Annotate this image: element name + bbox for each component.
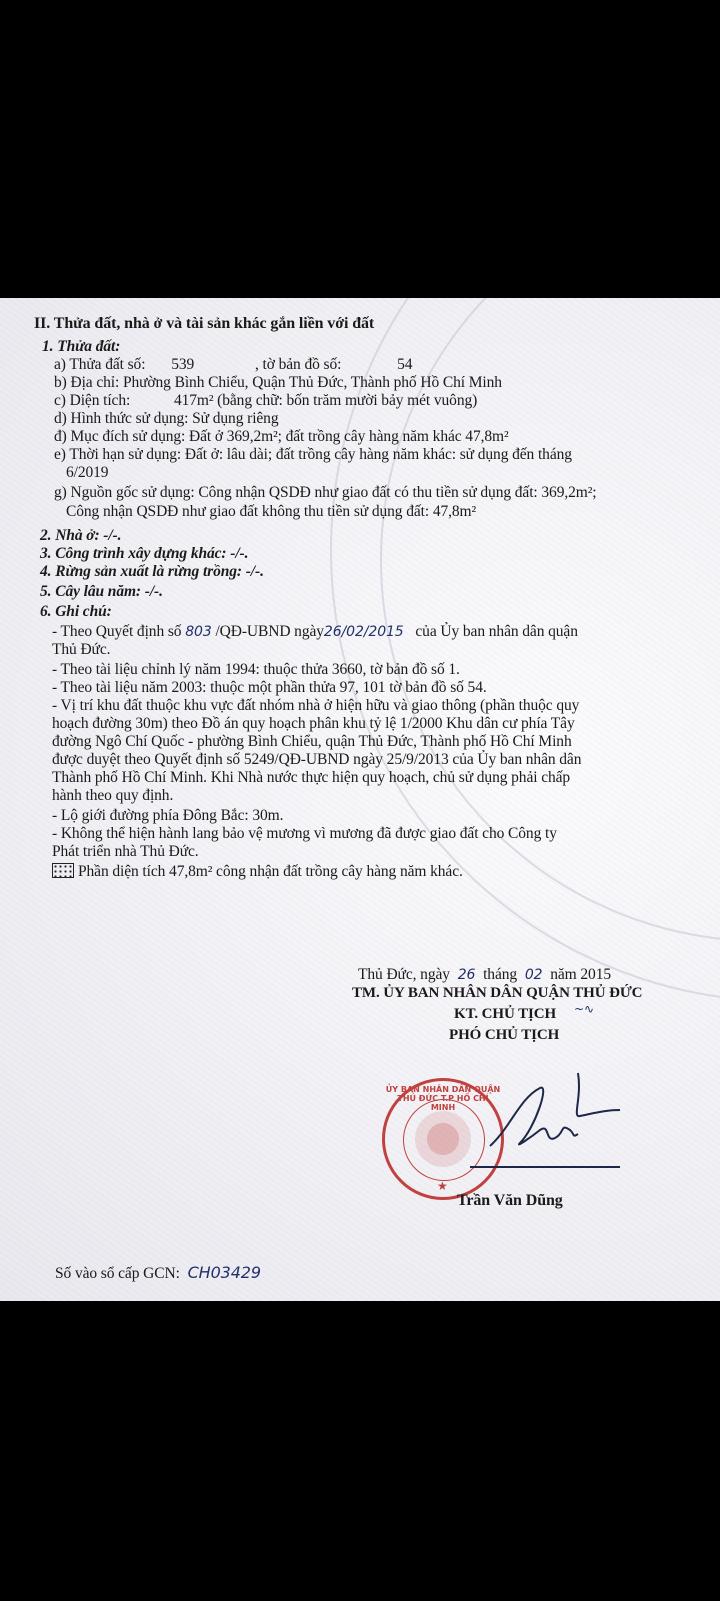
- usage-origin-row-cont: Công nhận QSDĐ như giao đất không thu ti…: [66, 502, 476, 521]
- note-planning-line: - Vị trí khu đất thuộc khu vực đất nhóm …: [52, 696, 579, 715]
- signing-date: Thủ Đức, ngày 26 tháng 02 năm 2015: [358, 965, 611, 985]
- notes-heading: 6. Ghi chú:: [40, 602, 112, 621]
- signature-underline: [470, 1166, 620, 1168]
- land-certificate-page: II. Thửa đất, nhà ở và tài sản khác gắn …: [0, 298, 720, 1301]
- star-icon: ★: [437, 1179, 448, 1194]
- note-2003: - Theo tài liệu năm 2003: thuộc một phần…: [52, 678, 487, 697]
- signature-scribble: [480, 1068, 630, 1168]
- map-sheet-value: 54: [397, 355, 412, 374]
- note-canal-cont: Phát triển nhà Thủ Đức.: [52, 842, 199, 861]
- parcel-number-label: a) Thửa đất số:: [54, 356, 145, 373]
- initials-mark: ~∿: [574, 1000, 594, 1019]
- decision-date-handwritten: 26/02/2015: [324, 624, 404, 640]
- usage-origin-row: g) Nguồn gốc sử dụng: Công nhận QSDĐ như…: [54, 483, 596, 502]
- note-1994: - Theo tài liệu chỉnh lý năm 1994: thuộc…: [52, 660, 460, 679]
- note-decision-mid: /QĐ-UBND ngày: [215, 623, 323, 640]
- note-decision: - Theo Quyết định số 803 /QĐ-UBND ngày26…: [52, 622, 578, 642]
- decision-number-handwritten: 803: [185, 624, 211, 640]
- note-planning-line: được duyệt theo Quyết định số 5249/QĐ-UB…: [52, 750, 581, 769]
- note-planning-line: đường Ngô Chí Quốc - phường Bình Chiểu, …: [52, 732, 572, 751]
- house-item: 2. Nhà ở: -/-.: [40, 526, 121, 545]
- area-label: c) Diện tích:: [54, 392, 130, 409]
- address-row: b) Địa chỉ: Phường Bình Chiểu, Quận Thủ …: [54, 373, 502, 392]
- year-value: 2015: [580, 966, 611, 983]
- issuing-authority: TM. ỦY BAN NHÂN DÂN QUẬN THỦ ĐỨC: [352, 984, 642, 1003]
- usage-form-row: d) Hình thức sử dụng: Sử dụng riêng: [54, 409, 278, 428]
- note-planning-line: hoạch đường 30m) theo Đồ án quy hoạch ph…: [52, 714, 575, 733]
- month-label: tháng: [483, 966, 517, 983]
- usage-term-row-cont: 6/2019: [66, 463, 108, 482]
- parcel-number-row: a) Thửa đất số: 539 , tờ bản đồ số: 54: [54, 355, 412, 374]
- note-planning-line: hành theo quy định.: [52, 786, 173, 805]
- note-canal: - Không thể hiện hành lang bảo vệ mương …: [52, 824, 557, 843]
- day-handwritten: 26: [458, 967, 476, 983]
- section-title: II. Thửa đất, nhà ở và tài sản khác gắn …: [34, 314, 374, 333]
- perennial-trees-item: 5. Cây lâu năm: -/-.: [40, 582, 163, 601]
- note-planning-line: Thành phố Hồ Chí Minh. Khi Nhà nước thực…: [52, 768, 570, 787]
- month-handwritten: 02: [525, 967, 543, 983]
- planted-forest-item: 4. Rừng sản xuất là rừng trồng: -/-.: [40, 562, 264, 581]
- area-row: c) Diện tích: 417m² (bằng chữ: bốn trăm …: [54, 391, 477, 410]
- signer-name: Trần Văn Dũng: [457, 1191, 563, 1210]
- registry-number-handwritten: CH03429: [188, 1263, 261, 1282]
- note-decision-suffix: của Ủy ban nhân dân quận: [415, 623, 577, 640]
- signer-role-1: KT. CHỦ TỊCH: [454, 1005, 556, 1024]
- parcel-number-value: 539: [171, 355, 251, 374]
- national-emblem-icon: [415, 1111, 471, 1167]
- date-prefix: Thủ Đức, ngày: [358, 966, 450, 983]
- parcel-heading: 1. Thửa đất:: [42, 337, 120, 356]
- registry-label: Số vào sổ cấp GCN:: [55, 1265, 180, 1282]
- dotted-hatch-legend-icon: [52, 863, 74, 878]
- note-legend: Phần diện tích 47,8m² công nhận đất trồn…: [52, 862, 463, 881]
- year-label: năm: [550, 966, 576, 983]
- note-decision-prefix: - Theo Quyết định số: [52, 623, 181, 640]
- map-sheet-label: , tờ bản đồ số:: [255, 356, 341, 373]
- usage-term-row: e) Thời hạn sử dụng: Đất ở: lâu dài; đất…: [54, 445, 572, 464]
- usage-purpose-row: đ) Mục đích sử dụng: Đất ở 369,2m²; đất …: [54, 427, 509, 446]
- note-road-boundary: - Lộ giới đường phía Đông Bắc: 30m.: [52, 806, 283, 825]
- signer-role-2: PHÓ CHỦ TỊCH: [449, 1026, 559, 1045]
- other-construction-item: 3. Công trình xây dựng khác: -/-.: [40, 544, 248, 563]
- registry-row: Số vào sổ cấp GCN: CH03429: [55, 1263, 261, 1283]
- note-decision-cont: Thủ Đức.: [52, 640, 110, 659]
- area-value: 417m² (bằng chữ: bốn trăm mười bảy mét v…: [174, 391, 477, 410]
- note-legend-text: Phần diện tích 47,8m² công nhận đất trồn…: [78, 863, 463, 880]
